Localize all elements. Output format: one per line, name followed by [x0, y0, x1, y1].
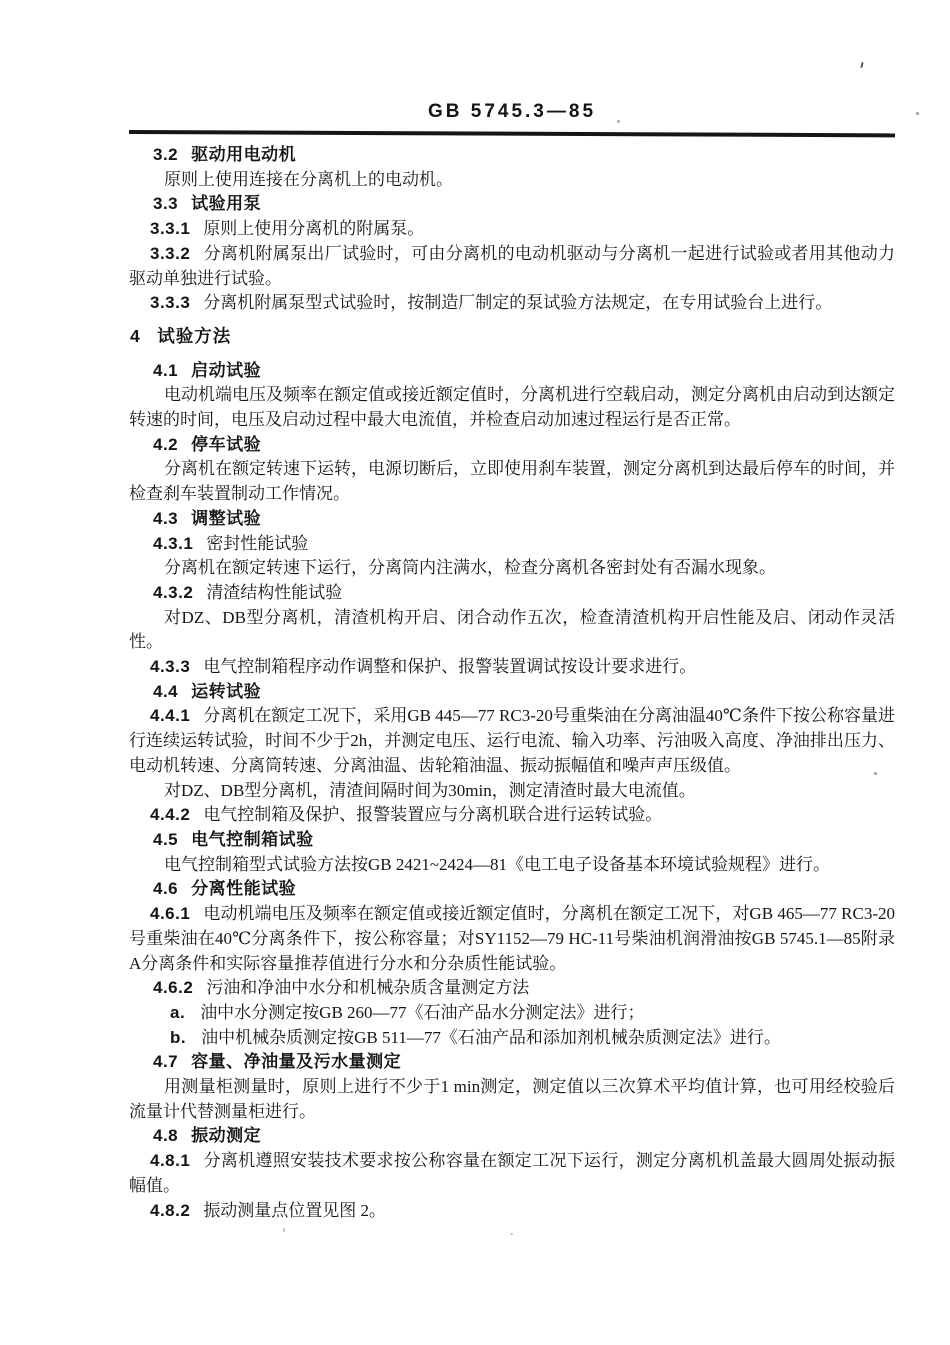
clause-number: 3.2: [153, 145, 191, 164]
heading-title: 分离性能试验: [191, 879, 296, 898]
clause-heading-3-2: 3.2驱动用电动机: [129, 143, 895, 168]
document-page: GB 5745.3—85 3.2驱动用电动机 原则上使用连接在分离机上的电动机。…: [0, 0, 950, 1345]
chapter-heading-4: 4试验方法: [129, 324, 895, 350]
clause-number: 4.4: [153, 682, 191, 701]
clause-number: 4.4.1: [150, 706, 203, 725]
heading-title: 运转试验: [191, 682, 261, 701]
subclause-heading-4-6-2: 4.6.2污油和净油中水分和机械杂质含量测定方法: [129, 976, 895, 1001]
clause-number: 4.3.1: [153, 534, 206, 553]
standard-number: GB 5745.3—85: [428, 101, 596, 122]
heading-title: 试验方法: [157, 326, 231, 346]
heading-title: 驱动用电动机: [191, 145, 296, 164]
clause-heading-4-7: 4.7容量、净油量及污水量测定: [129, 1050, 895, 1075]
paragraph-text: 振动测量点位置见图 2。: [203, 1201, 386, 1220]
paragraph: 分离机在额定转速下运转，电源切断后，立即使用刹车装置，测定分离机到达最后停车的时…: [129, 457, 895, 506]
paragraph-text: 电气控制箱及保护、报警装置应与分离机联合进行运转试验。: [203, 805, 662, 824]
paragraph-text: 分离机在额定工况下，采用GB 445—77 RC3-20号重柴油在分离油温40℃…: [129, 706, 895, 774]
paragraph-text: 电动机端电压及频率在额定值或接近额定值时，分离机进行空载启动，测定分离机由启动到…: [129, 385, 895, 429]
clause-number: 4.3: [153, 509, 191, 528]
clause-heading-4-1: 4.1启动试验: [129, 359, 895, 384]
clause-heading-4-6: 4.6分离性能试验: [129, 877, 895, 902]
paragraph-text: 原则上使用分离机的附属泵。: [203, 219, 424, 238]
heading-title: 密封性能试验: [206, 534, 308, 553]
paragraph-text: 油中机械杂质测定按GB 511—77《石油产品和添加剂机械杂质测定法》进行。: [201, 1028, 781, 1047]
paragraph: 对DZ、DB型分离机，清渣机构开启、闭合动作五次，检查清渣机构开启性能及启、闭动…: [129, 606, 895, 655]
clause-paragraph-4-8-1: 4.8.1分离机遵照安装技术要求按公称容量在额定工况下运行，测定分离机机盖最大圆…: [129, 1149, 895, 1198]
clause-number: 4.5: [153, 830, 191, 849]
heading-title: 启动试验: [191, 361, 261, 380]
heading-title: 停车试验: [191, 435, 261, 454]
list-marker: b.: [170, 1028, 201, 1047]
paragraph-text: 用测量柜测量时，原则上进行不少于1 min测定，测定值以三次算术平均值计算，也可…: [129, 1077, 895, 1121]
scan-artifact: [510, 1233, 513, 1235]
paragraph: 原则上使用连接在分离机上的电动机。: [129, 168, 895, 193]
paragraph: 电动机端电压及频率在额定值或接近额定值时，分离机进行空载启动，测定分离机由启动到…: [129, 383, 895, 432]
clause-paragraph-4-6-1: 4.6.1电动机端电压及频率在额定值或接近额定值时，分离机在额定工况下，对GB …: [129, 902, 895, 976]
paragraph-text: 分离机在额定转速下运转，电源切断后，立即使用刹车装置，测定分离机到达最后停车的时…: [129, 459, 895, 503]
clause-paragraph-4-8-2: 4.8.2振动测量点位置见图 2。: [129, 1199, 895, 1224]
clause-number: 3.3.1: [150, 219, 203, 238]
scan-artifact: [283, 1228, 285, 1232]
chapter-number: 4: [130, 326, 157, 346]
clause-number: 3.3.3: [150, 293, 203, 312]
clause-number: 4.6.1: [150, 904, 203, 923]
clause-number: 4.3.2: [153, 583, 206, 602]
paragraph-text: 分离机遵照安装技术要求按公称容量在额定工况下运行，测定分离机机盖最大圆周处振动振…: [129, 1151, 895, 1195]
paragraph-text: 分离机附属泵型式试验时，按制造厂制定的泵试验方法规定，在专用试验台上进行。: [203, 293, 832, 312]
paragraph: 对DZ、DB型分离机，清渣间隔时间为30min，测定清渣时最大电流值。: [129, 779, 895, 804]
clause-heading-4-4: 4.4运转试验: [129, 680, 895, 705]
clause-number: 4.1: [153, 361, 191, 380]
heading-title: 清渣结构性能试验: [206, 583, 342, 602]
paragraph-text: 对DZ、DB型分离机，清渣机构开启、闭合动作五次，检查清渣机构开启性能及启、闭动…: [129, 608, 895, 652]
page-body: GB 5745.3—85 3.2驱动用电动机 原则上使用连接在分离机上的电动机。…: [129, 0, 895, 1223]
clause-paragraph-4-3-3: 4.3.3电气控制箱程序动作调整和保护、报警装置调试按设计要求进行。: [129, 655, 895, 680]
heading-title: 污油和净油中水分和机械杂质含量测定方法: [206, 978, 529, 997]
clause-number: 4.8: [153, 1126, 191, 1145]
list-item-b: b.油中机械杂质测定按GB 511—77《石油产品和添加剂机械杂质测定法》进行。: [129, 1026, 895, 1051]
paragraph-text: 电动机端电压及频率在额定值或接近额定值时，分离机在额定工况下，对GB 465—7…: [129, 904, 895, 972]
clause-paragraph-3-3-1: 3.3.1原则上使用分离机的附属泵。: [129, 217, 895, 242]
clause-number: 4.4.2: [150, 805, 203, 824]
paragraph-text: 电气控制箱型式试验方法按GB 2421~2424—81《电工电子设备基本环境试验…: [164, 855, 830, 874]
subclause-heading-4-3-1: 4.3.1密封性能试验: [129, 532, 895, 557]
clause-paragraph-4-4-2: 4.4.2电气控制箱及保护、报警装置应与分离机联合进行运转试验。: [129, 803, 895, 828]
clause-paragraph-3-3-2: 3.3.2分离机附属泵出厂试验时，可由分离机的电动机驱动与分离机一起进行试验或者…: [129, 242, 895, 291]
heading-title: 电气控制箱试验: [191, 830, 314, 849]
heading-title: 容量、净油量及污水量测定: [191, 1052, 401, 1071]
paragraph: 电气控制箱型式试验方法按GB 2421~2424—81《电工电子设备基本环境试验…: [129, 853, 895, 878]
clause-number: 3.3.2: [150, 244, 203, 263]
clause-number: 4.3.3: [150, 657, 203, 676]
clause-heading-3-3: 3.3试验用泵: [129, 192, 895, 217]
list-item-a: a.油中水分测定按GB 260—77《石油产品水分测定法》进行；: [129, 1001, 895, 1026]
page-header: GB 5745.3—85: [129, 101, 895, 123]
paragraph-text: 分离机附属泵出厂试验时，可由分离机的电动机驱动与分离机一起进行试验或者用其他动力…: [129, 244, 895, 288]
clause-paragraph-4-4-1: 4.4.1分离机在额定工况下，采用GB 445—77 RC3-20号重柴油在分离…: [129, 704, 895, 778]
document-content: 3.2驱动用电动机 原则上使用连接在分离机上的电动机。 3.3试验用泵 3.3.…: [129, 143, 895, 1223]
paragraph-text: 分离机在额定转速下运行，分离筒内注满水，检查分离机各密封处有否漏水现象。: [164, 558, 776, 577]
clause-heading-4-2: 4.2停车试验: [129, 433, 895, 458]
clause-number: 4.6.2: [153, 978, 206, 997]
clause-number: 4.7: [153, 1052, 191, 1071]
clause-heading-4-8: 4.8振动测定: [129, 1124, 895, 1149]
paragraph: 用测量柜测量时，原则上进行不少于1 min测定，测定值以三次算术平均值计算，也可…: [129, 1075, 895, 1124]
clause-paragraph-3-3-3: 3.3.3分离机附属泵型式试验时，按制造厂制定的泵试验方法规定，在专用试验台上进…: [129, 291, 895, 316]
scan-artifact: [916, 112, 919, 115]
heading-title: 调整试验: [191, 509, 261, 528]
paragraph-text: 对DZ、DB型分离机，清渣间隔时间为30min，测定清渣时最大电流值。: [164, 781, 696, 800]
clause-number: 4.8.2: [150, 1201, 203, 1220]
list-marker: a.: [170, 1003, 200, 1022]
clause-heading-4-5: 4.5电气控制箱试验: [129, 828, 895, 853]
paragraph-text: 电气控制箱程序动作调整和保护、报警装置调试按设计要求进行。: [203, 657, 696, 676]
clause-number: 3.3: [153, 194, 191, 213]
clause-number: 4.2: [153, 435, 191, 454]
clause-heading-4-3: 4.3调整试验: [129, 507, 895, 532]
clause-number: 4.6: [153, 879, 191, 898]
heading-title: 振动测定: [191, 1126, 261, 1145]
header-rule: [129, 130, 895, 137]
paragraph: 分离机在额定转速下运行，分离筒内注满水，检查分离机各密封处有否漏水现象。: [129, 556, 895, 581]
clause-number: 4.8.1: [150, 1151, 203, 1170]
heading-title: 试验用泵: [191, 194, 261, 213]
paragraph-text: 原则上使用连接在分离机上的电动机。: [164, 170, 453, 189]
subclause-heading-4-3-2: 4.3.2清渣结构性能试验: [129, 581, 895, 606]
paragraph-text: 油中水分测定按GB 260—77《石油产品水分测定法》进行；: [200, 1003, 644, 1022]
